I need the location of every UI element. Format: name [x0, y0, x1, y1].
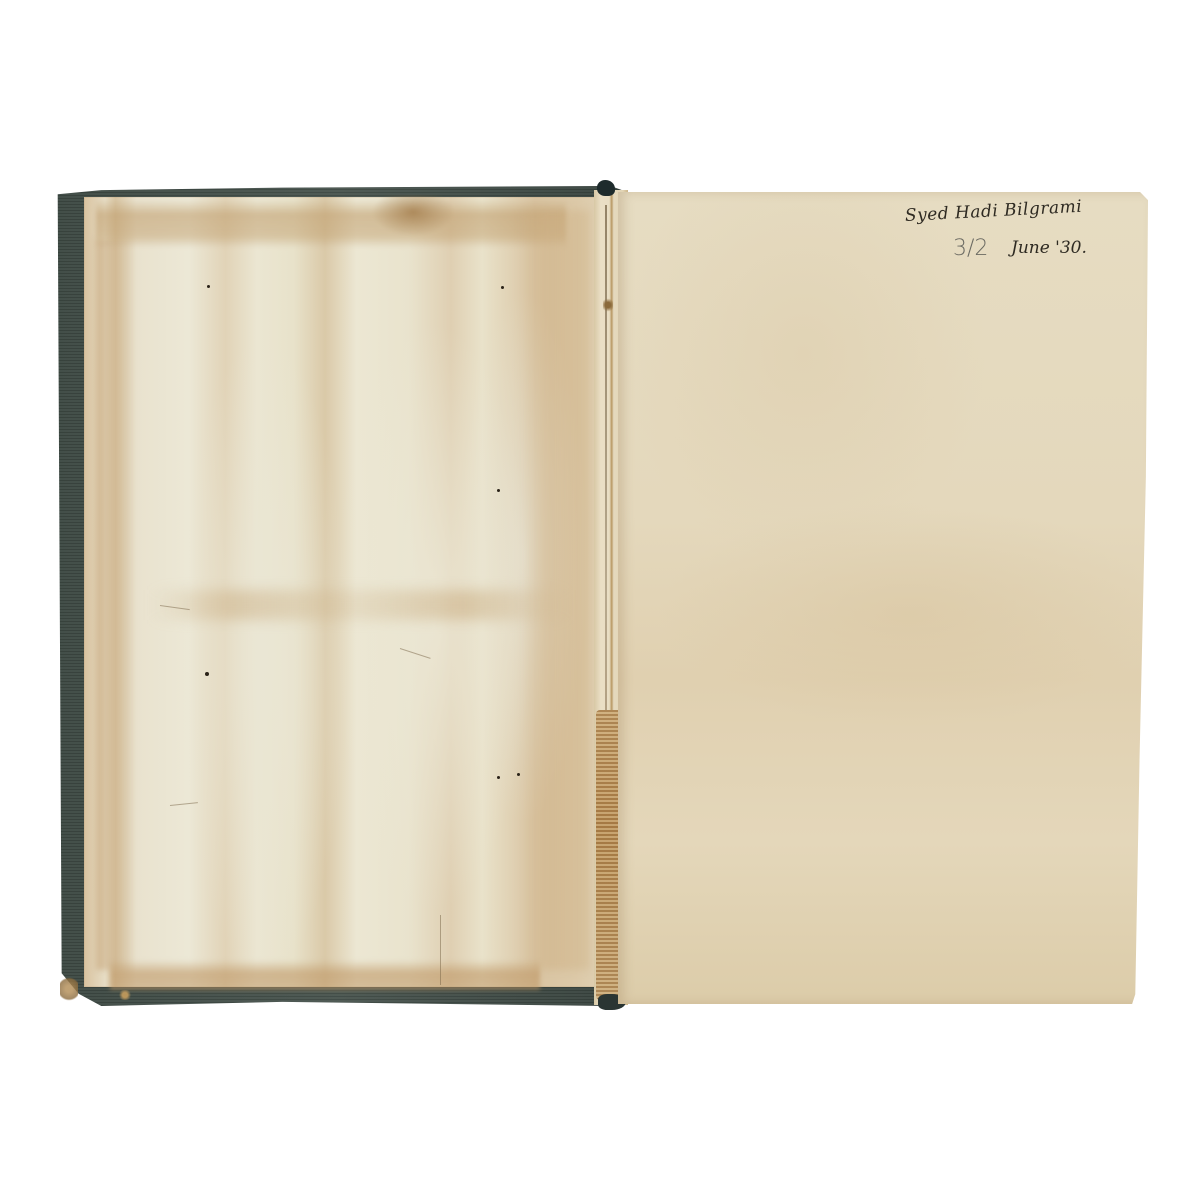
- tide-stain-left: [96, 240, 136, 970]
- cover-edge-wear: [118, 990, 132, 1000]
- ownership-inscription: Syed Hadi Bilgrami 3/2 June '30.: [905, 206, 1145, 276]
- hinge-stitch: [603, 297, 613, 313]
- book-photo: Syed Hadi Bilgrami 3/2 June '30.: [0, 0, 1200, 1200]
- foxing-spot: [205, 672, 209, 676]
- tide-stain-right: [520, 210, 590, 970]
- paper-tear: [440, 915, 441, 985]
- spine-headcap: [597, 180, 615, 196]
- tide-stain-middle: [150, 590, 570, 620]
- tide-stain-top: [96, 200, 566, 248]
- foxing-spot: [517, 773, 520, 776]
- tide-stain-bottom: [110, 960, 540, 990]
- inscription-date-numeral: 3/2: [953, 236, 988, 261]
- cover-corner-wear: [60, 975, 78, 1003]
- foxing-spot: [501, 286, 504, 289]
- foxing-spot: [207, 285, 210, 288]
- front-free-endpaper: [618, 192, 1148, 1004]
- inscription-date-text: June '30.: [1011, 238, 1087, 258]
- foxing-spot: [497, 489, 500, 492]
- dark-stain-top: [372, 196, 454, 236]
- foxing-spot: [497, 776, 500, 779]
